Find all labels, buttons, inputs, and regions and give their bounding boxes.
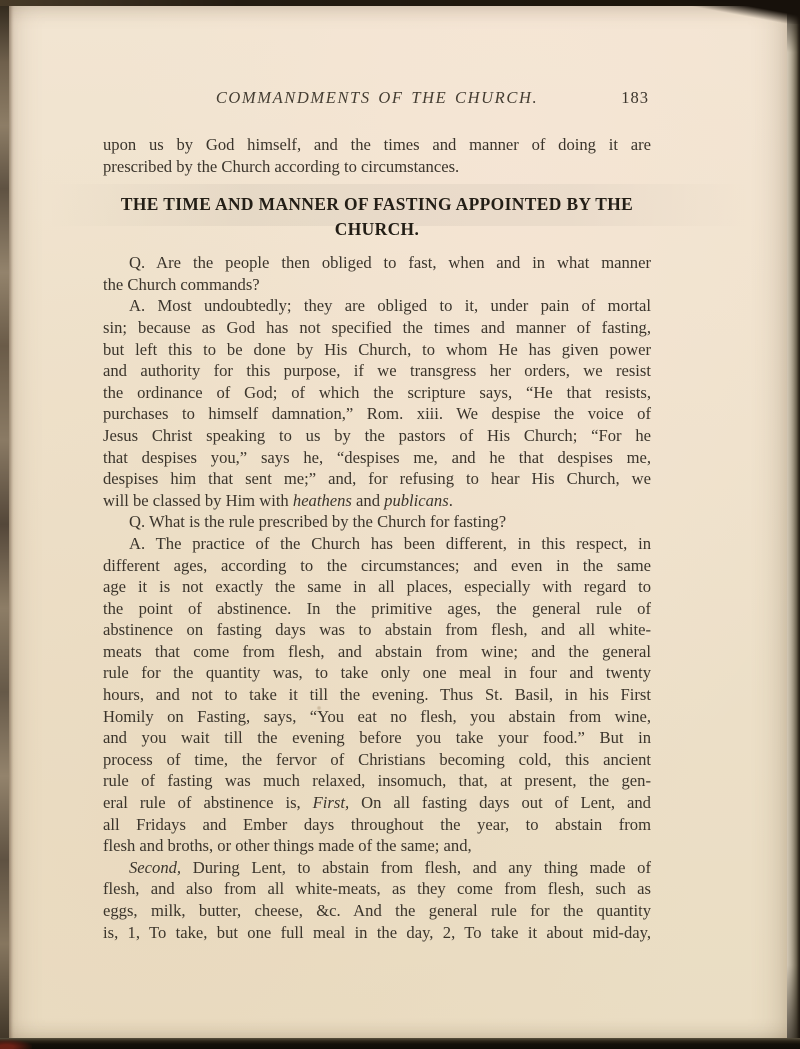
top-right-corner-shadow bbox=[670, 0, 800, 24]
text-line: sin; because as God has not specified th… bbox=[103, 317, 651, 339]
text-line: the Church commands? bbox=[103, 274, 651, 296]
italic-word: Second, bbox=[129, 858, 181, 877]
page-stack-edge-right bbox=[787, 0, 800, 1049]
running-title: COMMANDMENTS OF THE CHURCH. bbox=[216, 88, 538, 107]
text-line: rule for the quantity was, to take only … bbox=[103, 662, 651, 684]
text-line: abstinence on fasting days was to abstai… bbox=[103, 619, 651, 641]
italic-word: First, bbox=[313, 793, 349, 812]
text-line: will be classed by Him with heathens and… bbox=[103, 490, 651, 512]
text-line: age it is not exactly the same in all pl… bbox=[103, 576, 651, 598]
text-segment: . bbox=[449, 491, 453, 510]
section-heading-line1: THE TIME AND MANNER OF FASTING APPOINTED… bbox=[121, 194, 633, 214]
bottom-edge-shadow bbox=[0, 1038, 800, 1049]
italic-word: heathens bbox=[293, 491, 352, 510]
binding-edge bbox=[0, 0, 9, 1049]
text-line: but left this to be done by His Church, … bbox=[103, 339, 651, 361]
text-line: hours, and not to take it till the eveni… bbox=[103, 684, 651, 706]
section-heading-line2: CHURCH. bbox=[335, 219, 419, 239]
text-line: all Fridays and Ember days throughout th… bbox=[103, 814, 651, 836]
text-line: despises him that sent me;” and, for ref… bbox=[103, 468, 651, 490]
text-line: and authority for this purpose, if we tr… bbox=[103, 360, 651, 382]
page-content: COMMANDMENTS OF THE CHURCH. 183 upon us … bbox=[103, 88, 651, 943]
text-line: eggs, milk, butter, cheese, &c. And the … bbox=[103, 900, 651, 922]
text-line: purchases to himself damnation,” Rom. xi… bbox=[103, 403, 651, 425]
text-segment: On all fasting days out of Lent, and bbox=[349, 793, 651, 812]
text-line: Q. What is the rule prescribed by the Ch… bbox=[103, 511, 651, 533]
text-line: flesh, and also from all white-meats, as… bbox=[103, 878, 651, 900]
text-line: Homily on Fasting, says, “You eat no fle… bbox=[103, 706, 651, 728]
running-header: COMMANDMENTS OF THE CHURCH. 183 bbox=[103, 88, 651, 112]
text-segment: will be classed by Him with bbox=[103, 491, 293, 510]
italic-word: publicans bbox=[384, 491, 449, 510]
text-line: process of time, the fervor of Christian… bbox=[103, 749, 651, 771]
text-body: upon us by God himself, and the times an… bbox=[103, 134, 651, 943]
text-line: eral rule of abstinence is, First, On al… bbox=[103, 792, 651, 814]
text-line: Q. Are the people then obliged to fast, … bbox=[103, 252, 651, 274]
text-segment: During Lent, to abstain from flesh, and … bbox=[181, 858, 651, 877]
text-line: and you wait till the evening before you… bbox=[103, 727, 651, 749]
book-page-scan: COMMANDMENTS OF THE CHURCH. 183 upon us … bbox=[0, 0, 800, 1049]
section-heading: THE TIME AND MANNER OF FASTING APPOINTED… bbox=[103, 192, 651, 242]
text-line: is, 1, To take, but one full meal in the… bbox=[103, 922, 651, 944]
red-cover-corner bbox=[0, 1039, 32, 1049]
text-line: Second, During Lent, to abstain from fle… bbox=[103, 857, 651, 879]
text-line: upon us by God himself, and the times an… bbox=[103, 134, 651, 156]
text-line: A. The practice of the Church has been d… bbox=[103, 533, 651, 555]
text-line: meats that come from flesh, and abstain … bbox=[103, 641, 651, 663]
page-number: 183 bbox=[621, 88, 649, 108]
text-line: flesh and broths, or other things made o… bbox=[103, 835, 651, 857]
text-line: Jesus Christ speaking to us by the pasto… bbox=[103, 425, 651, 447]
text-segment: eral rule of abstinence is, bbox=[103, 793, 313, 812]
text-line: different ages, according to the circums… bbox=[103, 555, 651, 577]
text-line: the point of abstinence. In the primitiv… bbox=[103, 598, 651, 620]
text-line: A. Most undoubtedly; they are obliged to… bbox=[103, 295, 651, 317]
text-line: that despises you,” says he, “despises m… bbox=[103, 447, 651, 469]
text-line: the ordinance of God; of which the scrip… bbox=[103, 382, 651, 404]
text-line: rule of fasting was much relaxed, insomu… bbox=[103, 770, 651, 792]
text-segment: and bbox=[352, 491, 384, 510]
text-line: prescribed by the Church according to ci… bbox=[103, 156, 651, 178]
